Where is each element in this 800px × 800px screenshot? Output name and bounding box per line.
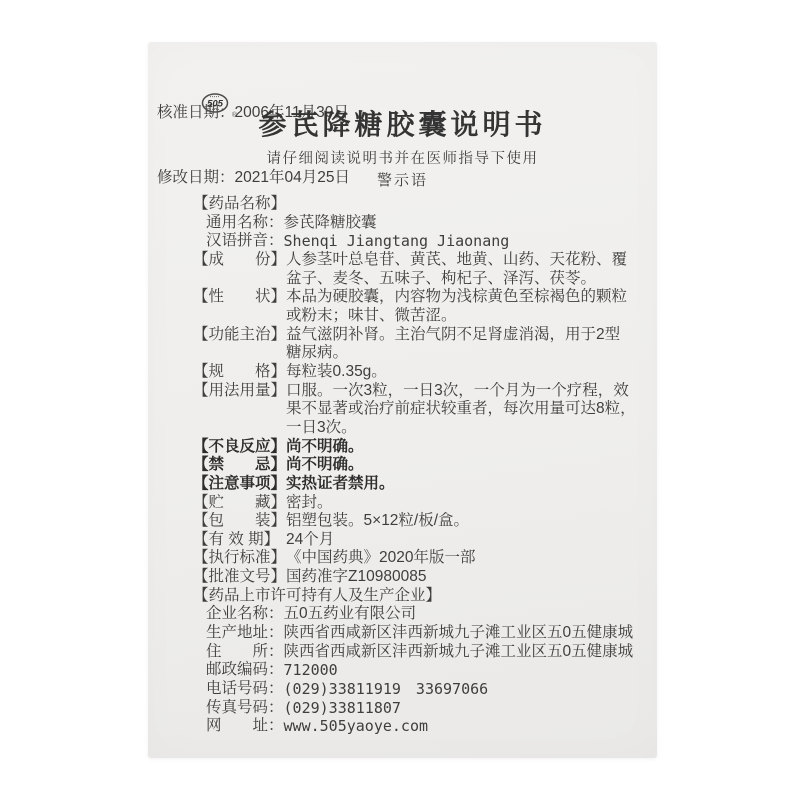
section-specification: 【规 格】每粒装0.35g。 [193, 363, 653, 382]
section-label: 【有 效 期】 [193, 531, 286, 550]
usage-advisory: 请仔细阅读说明书并在医师指导下使用 [148, 152, 657, 167]
section-mah-header: 【药品上市许可持有人及生产企业】 [193, 587, 653, 606]
section-label: 【药品上市许可持有人及生产企业】 [193, 587, 441, 606]
section-text: 尚不明确。 [286, 438, 653, 457]
field-value: www.505yaoye.com [284, 717, 429, 736]
field-value: 陕西省西咸新区沣西新城九子滩工业区五0五健康城 [284, 624, 634, 643]
section-label: 【注意事项】 [193, 475, 286, 494]
warning-word: 警示语 [148, 173, 657, 188]
section-precautions: 【注意事项】实热证者禁用。 [193, 475, 653, 494]
section-dosage: 【用法用量】口服。一次3粒，一日3次，一个月为一个疗程，效 [193, 382, 653, 401]
section-text: 每粒装0.35g。 [286, 363, 653, 382]
section-label: 【功能主治】 [193, 326, 286, 345]
section-text: 一日3次。 [286, 419, 653, 438]
svg-text:505: 505 [207, 99, 224, 110]
field-fax: 传真号码：(029)33811807 [193, 699, 653, 718]
field-value: (029)33811807 [284, 699, 401, 718]
field-label: 邮政编码： [206, 661, 284, 680]
field-website: 网 址：www.505yaoye.com [193, 717, 653, 736]
leaflet-body: 【药品名称】 通用名称：参芪降糖胶囊 汉语拼音：Shenqi Jiangtang… [193, 195, 653, 736]
section-executive-standard: 【执行标准】《中国药典》2020年版一部 [193, 549, 653, 568]
section-text: 人参茎叶总皂苷、黄芪、地黄、山药、天花粉、覆 [286, 251, 653, 270]
field-label: 电话号码： [206, 680, 284, 699]
field-generic-name: 通用名称：参芪降糖胶囊 [193, 214, 653, 233]
section-storage: 【贮 藏】密封。 [193, 494, 653, 513]
field-registered-address: 住 所：陕西省西咸新区沣西新城九子滩工业区五0五健康城 [193, 643, 653, 662]
section-description: 【性 状】本品为硬胶囊，内容物为浅棕黄色至棕褐色的颗粒 [193, 288, 653, 307]
field-value: 712000 [284, 661, 338, 680]
field-phone: 电话号码：(029)33811919 33697066 [193, 680, 653, 699]
section-label: 【贮 藏】 [193, 494, 286, 513]
section-label: 【禁 忌】 [193, 456, 286, 475]
section-text: 国药准字Z10980085 [286, 568, 653, 587]
field-value: Shenqi Jiangtang Jiaonang [284, 232, 510, 251]
section-text: 果不显著或治疗前症状较重者，每次用量可达8粒， [286, 400, 653, 419]
section-text: 口服。一次3粒，一日3次，一个月为一个疗程，效 [286, 382, 653, 401]
field-label: 传真号码： [206, 699, 284, 718]
screenshot-root: { "page": { "background": "#ffffff", "pa… [0, 0, 800, 800]
section-approval-number: 【批准文号】国药准字Z10980085 [193, 568, 653, 587]
section-label: 【执行标准】 [193, 549, 286, 568]
section-label: 【批准文号】 [193, 568, 286, 587]
section-label: 【包 装】 [193, 512, 286, 531]
field-label: 企业名称： [206, 605, 284, 624]
section-text: 24个月 [286, 531, 653, 550]
section-text: 糖尿病。 [286, 344, 653, 363]
field-label: 生产地址： [206, 624, 284, 643]
section-text: 本品为硬胶囊，内容物为浅棕黄色至棕褐色的颗粒 [286, 288, 653, 307]
section-label: 【用法用量】 [193, 382, 286, 401]
field-label: 住 所： [206, 643, 284, 662]
field-value: 陕西省西咸新区沣西新城九子滩工业区五0五健康城 [284, 643, 634, 662]
section-description-cont: 或粉末；味甘、微苦涩。 [193, 307, 653, 326]
section-drug-name: 【药品名称】 [193, 195, 653, 214]
section-text: 铝塑包装。5×12粒/板/盒。 [286, 512, 653, 531]
section-label: 【成 份】 [193, 251, 286, 270]
section-text: 密封。 [286, 494, 653, 513]
section-text: 《中国药典》2020年版一部 [286, 549, 653, 568]
field-label: 通用名称： [206, 214, 284, 233]
field-company-name: 企业名称：五0五药业有限公司 [193, 605, 653, 624]
section-dosage-cont2: 一日3次。 [193, 419, 653, 438]
field-postal-code: 邮政编码：712000 [193, 661, 653, 680]
section-adverse-reactions: 【不良反应】尚不明确。 [193, 438, 653, 457]
section-indications-cont: 糖尿病。 [193, 344, 653, 363]
section-label: 【药品名称】 [193, 195, 286, 214]
section-contraindications: 【禁 忌】尚不明确。 [193, 456, 653, 475]
section-packaging: 【包 装】铝塑包装。5×12粒/板/盒。 [193, 512, 653, 531]
field-value: (029)33811919 33697066 [284, 680, 489, 699]
section-dosage-cont: 果不显著或治疗前症状较重者，每次用量可达8粒， [193, 400, 653, 419]
section-text: 盆子、麦冬、五味子、枸杞子、泽泻、茯苓。 [286, 270, 653, 289]
section-text: 实热证者禁用。 [286, 475, 653, 494]
section-text: 或粉末；味甘、微苦涩。 [286, 307, 653, 326]
section-validity-period: 【有 效 期】24个月 [193, 531, 653, 550]
field-pinyin: 汉语拼音：Shenqi Jiangtang Jiaonang [193, 232, 653, 251]
section-indications: 【功能主治】益气滋阴补肾。主治气阴不足肾虚消渴，用于2型 [193, 326, 653, 345]
field-production-address: 生产地址：陕西省西咸新区沣西新城九子滩工业区五0五健康城 [193, 624, 653, 643]
section-text: 益气滋阴补肾。主治气阴不足肾虚消渴，用于2型 [286, 326, 653, 345]
section-ingredients-cont: 盆子、麦冬、五味子、枸杞子、泽泻、茯苓。 [193, 270, 653, 289]
section-label: 【不良反应】 [193, 438, 286, 457]
section-text: 尚不明确。 [286, 456, 653, 475]
field-value: 五0五药业有限公司 [284, 605, 417, 624]
leaflet-title: 参芪降糖胶囊说明书 [148, 111, 657, 139]
section-label: 【性 状】 [193, 288, 286, 307]
leaflet: 核准日期：2006年11月30日 修改日期：2021年04月25日 505 ® … [148, 42, 657, 758]
field-label: 网 址： [206, 717, 284, 736]
field-label: 汉语拼音： [206, 232, 284, 251]
field-value: 参芪降糖胶囊 [284, 214, 377, 233]
section-ingredients: 【成 份】人参茎叶总皂苷、黄芪、地黄、山药、天花粉、覆 [193, 251, 653, 270]
section-label: 【规 格】 [193, 363, 286, 382]
